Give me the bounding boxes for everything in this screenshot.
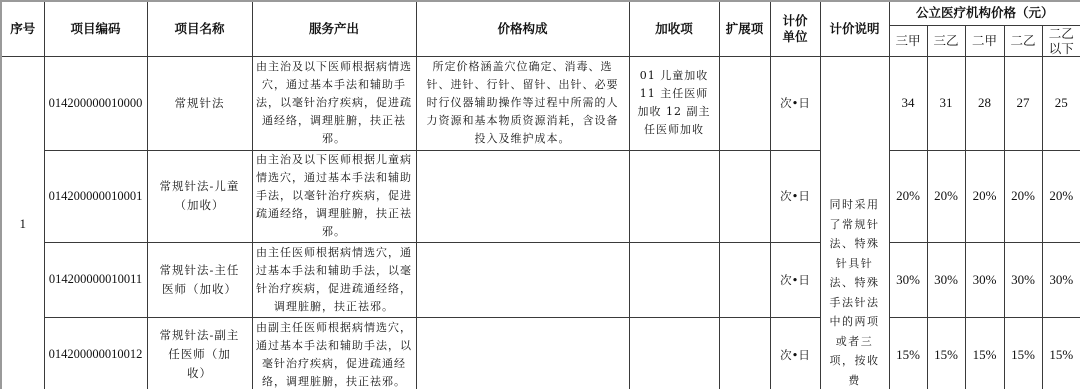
price-2b: 15% (1004, 317, 1042, 389)
medical-fee-table: 序号 项目编码 项目名称 服务产出 价格构成 加收项 扩展项 计价单位 计价说明… (0, 0, 1080, 389)
item-name: 常规针法 (147, 56, 252, 150)
price-3a: 34 (889, 56, 927, 150)
seq-number: 1 (1, 56, 44, 389)
pricing-unit: 次•日 (770, 242, 820, 317)
header-price-group: 公立医疗机构价格（元） (889, 1, 1080, 25)
price-3a: 20% (889, 150, 927, 242)
price-3b: 31 (927, 56, 965, 150)
extension-item (719, 56, 770, 150)
extension-item (719, 242, 770, 317)
header-level-3b: 三乙 (927, 25, 965, 56)
header-level-2b: 二乙 (1004, 25, 1042, 56)
price-2a: 30% (965, 242, 1004, 317)
header-surcharge: 加收项 (629, 1, 719, 56)
table-row: 014200000010001 常规针法-儿童（加收） 由主治及以下医师根据儿童… (1, 150, 1080, 242)
item-name: 常规针法-儿童（加收） (147, 150, 252, 242)
service-output: 由主治及以下医师根据儿童病情选穴，通过基本手法和辅助手法，以毫针治疗疾病，促进疏… (252, 150, 416, 242)
price-2b: 27 (1004, 56, 1042, 150)
surcharge-empty (629, 242, 719, 317)
price-2a: 15% (965, 317, 1004, 389)
pricing-note: 同时采用了常规针法、特殊针具针法、特殊手法针法中的两项或者三项，按收费 (820, 56, 889, 389)
header-level-below-2b: 二乙以下 (1042, 25, 1080, 56)
header-level-3a: 三甲 (889, 25, 927, 56)
price-3a: 30% (889, 242, 927, 317)
price-3b: 20% (927, 150, 965, 242)
price-composition: 所定价格涵盖穴位确定、消毒、选针、进针、行针、留针、出针、必要时行仪器辅助操作等… (416, 56, 629, 150)
table-row: 014200000010011 常规针法-主任医师（加收） 由主任医师根据病情选… (1, 242, 1080, 317)
header-name: 项目名称 (147, 1, 252, 56)
service-output: 由主治及以下医师根据病情选穴，通过基本手法和辅助手法，以毫针治疗疾病，促进疏通经… (252, 56, 416, 150)
price-composition-empty (416, 242, 629, 317)
item-code: 014200000010000 (44, 56, 147, 150)
price-2b: 20% (1004, 150, 1042, 242)
item-code: 014200000010001 (44, 150, 147, 242)
extension-item (719, 317, 770, 389)
price-composition-empty (416, 317, 629, 389)
item-code: 014200000010012 (44, 317, 147, 389)
item-name: 常规针法-主任医师（加收） (147, 242, 252, 317)
price-below-2b: 30% (1042, 242, 1080, 317)
header-service: 服务产出 (252, 1, 416, 56)
price-2a: 28 (965, 56, 1004, 150)
header-level-2a: 二甲 (965, 25, 1004, 56)
pricing-unit: 次•日 (770, 56, 820, 150)
price-below-2b: 25 (1042, 56, 1080, 150)
header-unit: 计价单位 (770, 1, 820, 56)
service-output: 由副主任医师根据病情选穴，通过基本手法和辅助手法，以毫针治疗疾病，促进疏通经络，… (252, 317, 416, 389)
header-row-top: 序号 项目编码 项目名称 服务产出 价格构成 加收项 扩展项 计价单位 计价说明… (1, 1, 1080, 25)
price-below-2b: 15% (1042, 317, 1080, 389)
header-price-composition: 价格构成 (416, 1, 629, 56)
header-pricing-note: 计价说明 (820, 1, 889, 56)
price-2a: 20% (965, 150, 1004, 242)
header-seq: 序号 (1, 1, 44, 56)
table-row: 014200000010012 常规针法-副主任医师（加收） 由副主任医师根据病… (1, 317, 1080, 389)
header-extension: 扩展项 (719, 1, 770, 56)
price-3b: 15% (927, 317, 965, 389)
table-row: 1 014200000010000 常规针法 由主治及以下医师根据病情选穴，通过… (1, 56, 1080, 150)
price-3b: 30% (927, 242, 965, 317)
surcharge-empty (629, 317, 719, 389)
price-3a: 15% (889, 317, 927, 389)
price-2b: 30% (1004, 242, 1042, 317)
extension-item (719, 150, 770, 242)
pricing-unit: 次•日 (770, 150, 820, 242)
item-code: 014200000010011 (44, 242, 147, 317)
service-output: 由主任医师根据病情选穴，通过基本手法和辅助手法，以毫针治疗疾病，促进疏通经络，调… (252, 242, 416, 317)
surcharge-items: 01 儿童加收 11 主任医师加收 12 副主任医师加收 (629, 56, 719, 150)
price-below-2b: 20% (1042, 150, 1080, 242)
surcharge-empty (629, 150, 719, 242)
item-name: 常规针法-副主任医师（加收） (147, 317, 252, 389)
header-code: 项目编码 (44, 1, 147, 56)
pricing-unit: 次•日 (770, 317, 820, 389)
price-composition-empty (416, 150, 629, 242)
